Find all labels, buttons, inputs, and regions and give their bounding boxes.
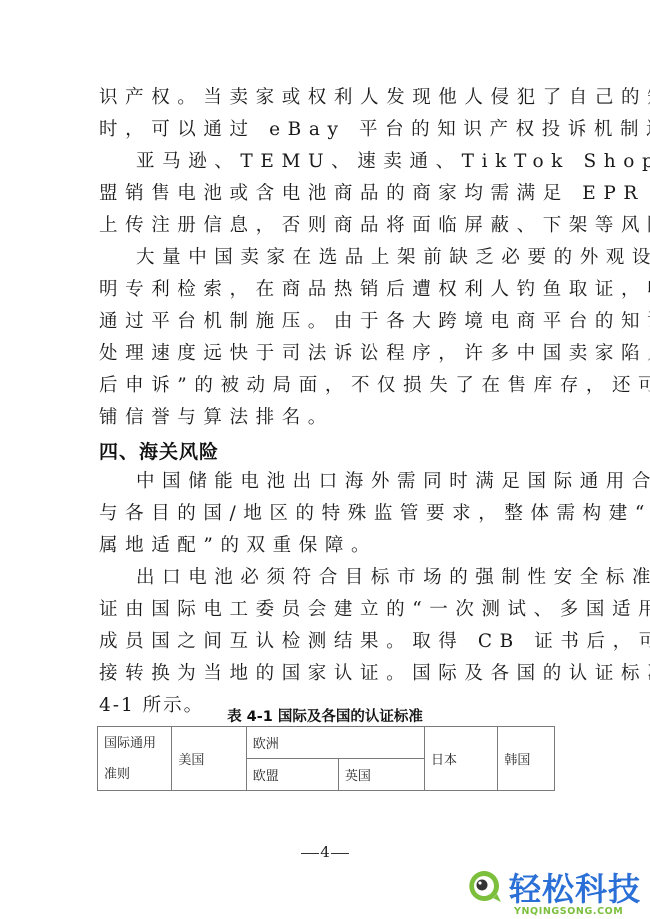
page-number: 4	[0, 843, 650, 861]
dash-decoration	[301, 853, 319, 854]
section-heading: 四、海关风险	[99, 437, 219, 464]
watermark-logo: 轻松科技 YNQINGSONG.COM	[462, 862, 650, 919]
paragraph-line: 明专利检索，在商品热销后遭权利人钓鱼取证，收集证据后	[99, 278, 555, 302]
paragraph-line: 大量中国卖家在选品上架前缺乏必要的外观设计或发	[136, 246, 592, 270]
watermark-brand: 轻松科技	[509, 864, 641, 910]
paragraph-line: 后申诉”的被动局面，不仅损失了在售库存，还可能影响店	[99, 374, 555, 398]
certification-standards-table: 国际通用 准则 美国 欧洲 日本 韩国 欧盟 英国	[97, 726, 555, 791]
paragraph-line: 铺信誉与算法排名。	[99, 406, 555, 430]
paragraph-line: 时，可以通过 eBay 平台的知识产权投诉机制进行投诉。	[99, 118, 555, 142]
document-page: 识产权。当卖家或权利人发现他人侵犯了自己的知识产权 时，可以通过 eBay 平台…	[0, 0, 650, 919]
paragraph-line: 处理速度远快于司法诉讼程序，许多中国卖家陷入“先下架、	[99, 342, 555, 366]
paragraph-line: 成员国之间互认检测结果。取得 CB 证书后，可在成员国直	[99, 630, 555, 654]
header-cell-korea: 韩国	[498, 727, 555, 791]
header-cell-uk: 英国	[338, 759, 424, 791]
paragraph-line: 出口电池必须符合目标市场的强制性安全标准。CB 认	[136, 566, 592, 590]
paragraph-line: 属地适配”的双重保障。	[99, 534, 555, 558]
dash-decoration	[331, 853, 349, 854]
header-cell-europe: 欧洲	[246, 727, 424, 759]
header-text: 国际通用	[104, 728, 171, 759]
header-cell-us: 美国	[172, 727, 246, 791]
paragraph-line: 中国储能电池出口海外需同时满足国际通用合规标准	[136, 470, 592, 494]
page-number-value: 4	[320, 843, 330, 861]
paragraph-line: 识产权。当卖家或权利人发现他人侵犯了自己的知识产权	[99, 86, 555, 110]
header-cell-international: 国际通用 准则	[98, 727, 172, 791]
table-caption: 表 4-1 国际及各国的认证标准	[0, 705, 650, 726]
header-text: 准则	[104, 759, 171, 790]
paragraph-line: 通过平台机制施压。由于各大跨境电商平台的知识产权投诉	[99, 310, 555, 334]
watermark-domain: YNQINGSONG.COM	[514, 906, 623, 917]
header-cell-japan: 日本	[425, 727, 498, 791]
paragraph-line: 证由国际电工委员会建立的“一次测试、多国适用”平台，	[99, 598, 555, 622]
paragraph-line: 接转换为当地的国家认证。国际及各国的认证标准具体如表	[99, 662, 555, 686]
eye-logo-icon	[466, 868, 502, 904]
table-header-row: 国际通用 准则 美国 欧洲 日本 韩国	[98, 727, 555, 759]
header-cell-eu: 欧盟	[246, 759, 338, 791]
paragraph-line: 上传注册信息，否则商品将面临屏蔽、下架等风险。	[99, 214, 555, 238]
paragraph-line: 亚马逊、TEMU、速卖通、TikTok Shop 等平台要求在欧	[136, 150, 592, 174]
paragraph-line: 与各目的国/地区的特殊监管要求，整体需构建“基础合规+	[99, 502, 555, 526]
paragraph-line: 盟销售电池或含电池商品的商家均需满足 EPR 合规要求并	[99, 182, 555, 206]
